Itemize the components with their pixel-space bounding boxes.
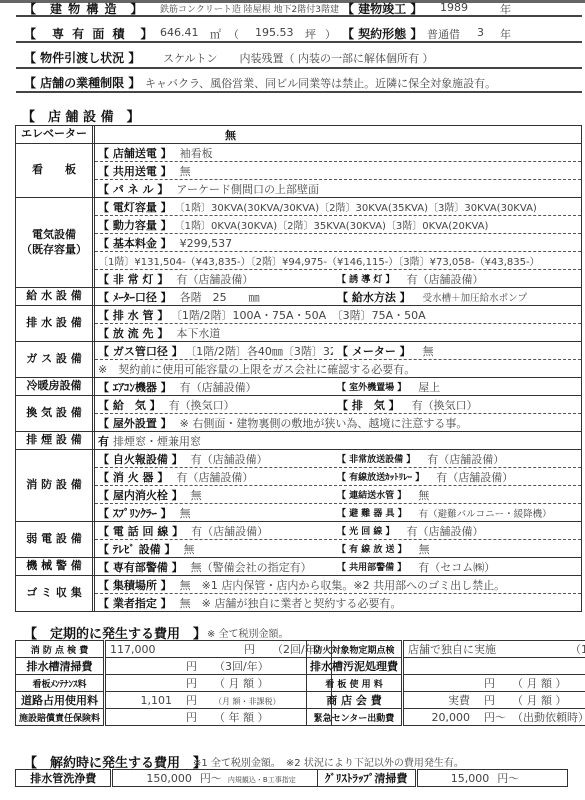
facility-key: 【 ﾃﾚﾋﾞ 設備 】 [98, 543, 176, 556]
facility-category: ゴ ミ 収 集 [16, 576, 95, 611]
facility-category: 換 気 設 備 [16, 396, 95, 431]
facility-value: 有（店舗設備） [427, 451, 504, 467]
facility-category: 排 煙 設 備 [16, 432, 95, 449]
facility-line: 【 業者指定 】無 ※ 店舗が独自に業者と契約する必要有。 [95, 594, 581, 611]
facility-line: 【 ﾒｰﾀｰ口径 】各階 25 ㎜【 給水方法 】受水槽＋加圧給水ポンプ [95, 288, 581, 305]
facility-key: 【 有線放送ｶｯﾄﾘﾚｰ 】 [337, 470, 424, 483]
cost-value-cell: 20,000円～（出動依頼時） [403, 709, 585, 726]
facility-value: 無 ※1 店内保管・店内から収集。※2 共用部へのゴミ出し禁止。 [180, 579, 505, 592]
facility-details: 【 給 気 】有（換気口）【 排 気 】有（換気口）【 屋外設置 】※ 右側面・… [95, 396, 581, 431]
cost-label: ｸﾞﾘｽﾄﾗｯﾌﾟ清掃費 [317, 770, 416, 787]
facility-line: 【 消 火 器 】有（店舗設備）【 有線放送ｶｯﾄﾘﾚｰ 】有（店舗設備） [95, 468, 581, 486]
facility-line: 【 ｴｱｺﾝ機器 】有（店舗設備）【 室外機置場 】屋上 [95, 378, 581, 395]
facility-details: 有排煙窓・煙兼用窓 [95, 432, 581, 449]
cost-amount: 店舗で独自に実施 [408, 641, 528, 657]
facility-value: 有（店舗設備） [191, 453, 268, 466]
facility-line: 【 給 気 】有（換気口）【 排 気 】有（換気口） [95, 396, 581, 414]
facility-value: 袖看板 [180, 147, 213, 160]
handover-label: 【 物件引渡し状況 】 [24, 49, 140, 66]
facility-line: 【 放 流 先 】本下水道 [95, 324, 581, 341]
facility-line: 【 排 水 管 】〔1階/2階〕100A・75A・50A 〔3階〕75A・50A [95, 306, 581, 324]
divider [16, 67, 582, 69]
cost-label: 道路占用使用料 [16, 692, 105, 709]
cost-label: 看板ﾒﾝﾃﾅﾝｽ料 [16, 675, 105, 692]
facility-row: 排 水 設 備【 排 水 管 】〔1階/2階〕100A・75A・50A 〔3階〕… [16, 306, 581, 342]
facility-value: 有（セコム㈱） [418, 559, 495, 575]
facility-line: 【 屋内消火栓 】無【 連結送水管 】無 [95, 486, 581, 504]
facility-key: 【 動力容量 】 [98, 219, 172, 232]
cost-unit: 円 [186, 709, 214, 725]
cost-period: （ 月 額 ） [512, 694, 567, 707]
area-label: 【 専 有 面 積 】 [24, 25, 155, 42]
restriction-label: 【 店舗の業種制限 】 [24, 74, 140, 91]
facility-line: 【 電灯容量 】〔1階〕30KVA(30KVA/30KVA)〔2階〕30KVA(… [95, 198, 581, 216]
facilities-title: 【 店 舗 設 備 】 [22, 106, 140, 125]
facility-key: 【 ﾒｰﾀｰ口径 】 [98, 291, 172, 304]
facility-key: 【 排 水 管 】 [98, 309, 168, 322]
facility-key: 【 ｴｱｺﾝ機器 】 [98, 381, 172, 394]
termination-costs-table: 排水管洗浄費150,000円～内規観込・B工事指定ｸﾞﾘｽﾄﾗｯﾌﾟ清掃費15,… [15, 769, 568, 787]
cost-row: 排水管洗浄費150,000円～内規観込・B工事指定ｸﾞﾘｽﾄﾗｯﾌﾟ清掃費15,… [16, 770, 568, 787]
facility-row: 冷暖房設備【 ｴｱｺﾝ機器 】有（店舗設備）【 室外機置場 】屋上 [16, 378, 581, 396]
facility-row: 機 械 警 備【 専有部警備 】無（警備会社の指定有）【 共用部警備 】有（セコ… [16, 558, 581, 576]
facility-category: 排 水 設 備 [16, 306, 95, 341]
facility-details: 【 ﾒｰﾀｰ口径 】各階 25 ㎜【 給水方法 】受水槽＋加圧給水ポンプ [95, 288, 581, 305]
facility-row: 給 水 設 備【 ﾒｰﾀｰ口径 】各階 25 ㎜【 給水方法 】受水槽＋加圧給水… [16, 288, 581, 306]
cost-unit: 円～ [200, 772, 222, 785]
facility-value: 〔1階〕0KVA(30KVA)〔2階〕35KVA(30KVA)〔3階〕0KVA(… [180, 221, 489, 232]
cost-period: （月 額・非課税） [214, 697, 281, 706]
facility-row: 弱 電 設 備【 電 話 回 線 】有（店舗設備）【 光 回 線 】有（店舗設備… [16, 522, 581, 558]
facility-details: 無 [95, 126, 581, 143]
facility-value: 有（換気口） [412, 397, 478, 413]
facility-key: 有 [98, 435, 109, 448]
facility-row: 換 気 設 備【 給 気 】有（換気口）【 排 気 】有（換気口）【 屋外設置 … [16, 396, 581, 432]
facility-value: 無 [180, 165, 191, 178]
facility-key: 【 非 常 灯 】 [98, 273, 168, 286]
facility-key: 【 共用送電 】 [98, 165, 172, 178]
area-sqm: 646.41 [160, 26, 199, 39]
facility-value: 排煙窓・煙兼用窓 [113, 435, 201, 448]
facility-key: 【 専有部警備 】 [98, 561, 183, 574]
cost-row: 防火対象物定期点検店舗で独自に実施（1回/年） [307, 641, 585, 658]
cost-label: 排水管洗浄費 [16, 770, 112, 787]
facility-category: 冷暖房設備 [16, 378, 95, 395]
facility-line: ※ 契約前に使用可能容量の上限をガス会社に確認する必要有。 [95, 360, 581, 377]
facility-value: 有（店舗設備） [407, 271, 484, 287]
facility-key: 【 連結送水管 】 [337, 488, 406, 501]
cost-amount: 実費 [408, 692, 470, 708]
facility-line: 【 ガス管口径 】〔1階/2階〕各40㎜〔3階〕32㎜【 メーター 】無 [95, 342, 581, 360]
facility-row: ゴ ミ 収 集【 集積場所 】無 ※1 店内保管・店内から収集。※2 共用部への… [16, 576, 581, 611]
facility-key: 【 光 回 線 】 [337, 524, 395, 537]
facility-line: 【 ﾃﾚﾋﾞ 設備 】無【 有 線 放 送 】無 [95, 540, 581, 557]
facility-row: エレベーター無 [16, 126, 581, 144]
cost-label: 防火対象物定期点検 [307, 641, 403, 658]
facility-key: 【 基本料金 】 [98, 237, 172, 250]
facility-value: 無 [419, 541, 430, 557]
cost-unit: 円 [186, 675, 214, 691]
facility-value: 屋上 [418, 379, 440, 395]
recurring-costs-left-table: 消 防 点 検 費117,000円（2回/年）排水槽清掃費円（3回/年）看板ﾒﾝ… [15, 640, 332, 726]
cost-unit: 円 [484, 692, 512, 708]
facility-line: 【 パ ネ ル 】アーケード側間口の上部壁面 [95, 180, 581, 197]
contract-type: 普通借 [427, 26, 460, 42]
facility-value: アーケード側間口の上部壁面 [176, 183, 319, 196]
cost-amount: 15,000 [451, 772, 490, 785]
facility-key: 【 ガス管口径 】 [98, 345, 183, 358]
facility-value: 受水槽＋加圧給水ポンプ [423, 290, 528, 304]
area-open: （ [228, 26, 239, 42]
facility-row: 電気設備 （既存容量）【 電灯容量 】〔1階〕30KVA(30KVA/30KVA… [16, 198, 581, 288]
cost-value-cell [403, 658, 585, 675]
divider [16, 41, 582, 43]
facility-value: 無 [184, 543, 195, 556]
cost-remark: 内規観込・B工事指定 [228, 776, 296, 784]
area-tsubo-unit: 坪 [305, 26, 316, 42]
cost-row: 消 防 点 検 費117,000円（2回/年） [16, 641, 332, 658]
recurring-costs-right-table: 防火対象物定期点検店舗で独自に実施（1回/年）排水槽汚泥処理費看 板 使 用 料… [306, 640, 585, 726]
facility-value: 無 [180, 507, 191, 520]
facility-line: 無 [95, 126, 581, 143]
facility-key: 【 店舗送電 】 [98, 147, 172, 160]
facility-line: 【 専有部警備 】無（警備会社の指定有）【 共用部警備 】有（セコム㈱） [95, 558, 581, 575]
facility-category: ガ ス 設 備 [16, 342, 95, 377]
facility-row: 排 煙 設 備有排煙窓・煙兼用窓 [16, 432, 581, 450]
facility-value: 各階 25 ㎜ [180, 291, 260, 304]
area-sqm-unit: ㎡ [210, 26, 221, 42]
handover-value: スケルトン 内装残置（ 内装の一部に解体個所有 ） [163, 50, 433, 66]
facility-details: 【 ｴｱｺﾝ機器 】有（店舗設備）【 室外機置場 】屋上 [95, 378, 581, 395]
facility-category: 弱 電 設 備 [16, 522, 95, 557]
cost-unit: 円～ [484, 709, 512, 725]
facility-value: ※ 契約前に使用可能容量の上限をガス会社に確認する必要有。 [98, 363, 415, 376]
facility-line: 【 屋外設置 】※ 右側面・建物裏側の敷地が狭い為、越境に注意する事。 [95, 414, 581, 431]
facility-key: 【 共用部警備 】 [337, 560, 406, 573]
facility-value: 無 [225, 127, 236, 143]
area-close: ） [325, 26, 336, 42]
facility-category: 電気設備 （既存容量） [16, 198, 95, 287]
facility-key: 【 屋外設置 】 [98, 417, 172, 430]
cost-row: 施設賠償責任保険料円（ 年 額 ） [16, 709, 332, 726]
facilities-table: エレベーター無看 板【 店舗送電 】袖看板【 共用送電 】無【 パ ネ ル 】ア… [15, 125, 582, 612]
facility-details: 【 集積場所 】無 ※1 店内保管・店内から収集。※2 共用部へのゴミ出し禁止。… [95, 576, 581, 611]
cost-value-cell: 117,000円（2回/年） [105, 641, 332, 658]
cost-label: 緊急センター出動費 [307, 709, 403, 726]
facility-details: 【 ガス管口径 】〔1階/2階〕各40㎜〔3階〕32㎜【 メーター 】無※ 契約… [95, 342, 581, 377]
cost-row: 道路占用使用料1,101円（月 額・非課税） [16, 692, 332, 709]
facility-row: 消 防 設 備【 自火報設備 】有（店舗設備）【 非常放送設備 】有（店舗設備）… [16, 450, 581, 522]
facility-key: 【 非常放送設備 】 [337, 452, 415, 465]
facility-value: 本下水道 [176, 327, 220, 340]
facility-line: 【 自火報設備 】有（店舗設備）【 非常放送設備 】有（店舗設備） [95, 450, 581, 468]
cost-label: 施設賠償責任保険料 [16, 709, 105, 726]
cost-value-cell: 15,000円～ [416, 770, 567, 787]
facility-key: 【 自火報設備 】 [98, 453, 183, 466]
cost-label: 排水槽汚泥処理費 [307, 658, 403, 675]
facility-category: 消 防 設 備 [16, 450, 95, 521]
cost-row: 排水槽汚泥処理費 [307, 658, 585, 675]
cost-period: （3回/年） [214, 660, 269, 673]
facility-key: 【 有 線 放 送 】 [337, 542, 407, 555]
facility-key: 【 メーター 】 [337, 343, 411, 359]
facility-value: 〔1階〕30KVA(30KVA/30KVA)〔2階〕30KVA(35KVA)〔3… [180, 203, 537, 214]
facility-key: 【 電灯容量 】 [98, 201, 172, 214]
termination-costs-note: ※1 全て税別金額。 ※2 状況により下記以外の費用発生有。 [193, 754, 464, 769]
cost-label: 消 防 点 検 費 [16, 641, 105, 658]
cost-amount: 117,000 [110, 643, 230, 656]
facility-category: エレベーター [16, 126, 95, 143]
cost-unit: 円 [484, 675, 512, 691]
facility-key: 【 ｽﾌﾟﾘﾝｸﾗｰ 】 [98, 507, 172, 520]
facility-line: 有排煙窓・煙兼用窓 [95, 432, 581, 449]
cost-value-cell: 150,000円～内規観込・B工事指定 [112, 770, 317, 787]
facility-value: 有（店舗設備） [176, 273, 253, 286]
facility-line: 【 動力容量 】〔1階〕0KVA(30KVA)〔2階〕35KVA(30KVA)〔… [95, 216, 581, 234]
facility-key: 【 給 気 】 [98, 399, 161, 412]
contract-years: 3 [477, 26, 484, 39]
cost-value-cell: 円（ 月 額 ） [403, 675, 585, 692]
cost-row: 排水槽清掃費円（3回/年） [16, 658, 332, 675]
cost-period: （ 年 額 ） [214, 711, 269, 724]
cost-amount: 150,000 [146, 772, 192, 785]
facility-key: 【 避 難 器 具 】 [337, 506, 407, 519]
cost-value-cell: 円（ 年 額 ） [105, 709, 332, 726]
facility-value: 無 [423, 343, 434, 359]
cost-unit: 円 [186, 658, 214, 674]
cost-label: 看 板 使 用 料 [307, 675, 403, 692]
facility-key: 【 電 話 回 線 】 [98, 525, 183, 538]
facility-key: 【 集積場所 】 [98, 579, 172, 592]
facility-category: 給 水 設 備 [16, 288, 95, 305]
facility-key: 【 誘 導 灯 】 [337, 272, 395, 285]
completion-year: 1989 [440, 1, 468, 14]
facility-value: 無（警備会社の指定有） [191, 561, 312, 574]
cost-row: 看板ﾒﾝﾃﾅﾝｽ料円（ 月 額 ） [16, 675, 332, 692]
facility-line: 〔1階〕¥131,504-（¥43,835-）〔2階〕¥94,975-（¥146… [95, 252, 581, 270]
facility-key: 【 給水方法 】 [337, 289, 411, 305]
facility-line: 【 共用送電 】無 [95, 162, 581, 180]
facility-value: 無 [418, 487, 429, 503]
facility-details: 【 電灯容量 】〔1階〕30KVA(30KVA/30KVA)〔2階〕30KVA(… [95, 198, 581, 287]
facility-value: 有（店舗設備） [407, 523, 484, 539]
facility-details: 【 専有部警備 】無（警備会社の指定有）【 共用部警備 】有（セコム㈱） [95, 558, 581, 575]
facility-value: 〔1階〕¥131,504-（¥43,835-）〔2階〕¥94,975-（¥146… [98, 257, 540, 268]
facility-row: 看 板【 店舗送電 】袖看板【 共用送電 】無【 パ ネ ル 】アーケード側間口… [16, 144, 581, 198]
cost-value-cell: 1,101円（月 額・非課税） [105, 692, 332, 709]
cost-row: 緊急センター出動費20,000円～（出動依頼時） [307, 709, 585, 726]
facility-details: 【 自火報設備 】有（店舗設備）【 非常放送設備 】有（店舗設備）【 消 火 器… [95, 450, 581, 521]
cost-period: （ 月 額 ） [512, 677, 567, 690]
cost-period: （1回/年） [570, 643, 585, 656]
cost-unit: 円 [186, 692, 214, 708]
facility-line: 【 店舗送電 】袖看板 [95, 144, 581, 162]
area-tsubo: 195.53 [255, 26, 294, 39]
facility-details: 【 排 水 管 】〔1階/2階〕100A・75A・50A 〔3階〕75A・50A… [95, 306, 581, 341]
facility-value: 有（店舗設備） [436, 469, 513, 485]
cost-amount: 20,000 [408, 711, 470, 724]
cost-amount: 1,101 [110, 694, 172, 707]
cost-unit: 円 [244, 641, 272, 657]
facility-line: 【 非 常 灯 】有（店舗設備）【 誘 導 灯 】有（店舗設備） [95, 270, 581, 287]
facility-line: 【 基本料金 】¥299,537 [95, 234, 581, 252]
facility-key: 【 室外機置場 】 [337, 380, 406, 393]
facility-key: 【 業者指定 】 [98, 597, 172, 610]
cost-row: 商 店 会 費実費円（ 月 額 ） [307, 692, 585, 709]
cost-period: （出動依頼時） [512, 711, 585, 724]
facility-value: ¥299,537 [180, 237, 233, 250]
cost-row: 看 板 使 用 料円（ 月 額 ） [307, 675, 585, 692]
facility-value: ※ 右側面・建物裏側の敷地が狭い為、越境に注意する事。 [180, 417, 468, 430]
facility-key: 【 パ ネ ル 】 [98, 183, 168, 196]
facility-details: 【 電 話 回 線 】有（店舗設備）【 光 回 線 】有（店舗設備）【 ﾃﾚﾋﾞ… [95, 522, 581, 557]
facility-details: 【 店舗送電 】袖看板【 共用送電 】無【 パ ネ ル 】アーケード側間口の上部… [95, 144, 581, 197]
facility-value: 〔1階/2階〕100A・75A・50A 〔3階〕75A・50A [176, 309, 425, 322]
facility-row: ガ ス 設 備【 ガス管口径 】〔1階/2階〕各40㎜〔3階〕32㎜【 メーター… [16, 342, 581, 378]
cost-period: （ 月 額 ） [214, 677, 269, 690]
restriction-value: キャバクラ、風俗営業、同ビル同業等は禁止。近隣に保全対象施設有。 [145, 75, 496, 91]
facility-key: 【 放 流 先 】 [98, 327, 168, 340]
facility-value: 有（換気口） [169, 399, 235, 412]
facility-value: 無 ※ 店舗が独自に業者と契約する必要有。 [180, 597, 402, 610]
facility-line: 【 集積場所 】無 ※1 店内保管・店内から収集。※2 共用部へのゴミ出し禁止。 [95, 576, 581, 594]
cost-unit: 円～ [497, 772, 519, 785]
facility-line: 【 電 話 回 線 】有（店舗設備）【 光 回 線 】有（店舗設備） [95, 522, 581, 540]
facility-value: 無 [191, 489, 202, 502]
cost-value-cell: 実費円（ 月 額 ） [403, 692, 585, 709]
cost-value-cell: 円（3回/年） [105, 658, 332, 675]
facility-value: 有（店舗設備） [191, 525, 268, 538]
cost-value-cell: 店舗で独自に実施（1回/年） [403, 641, 585, 658]
contract-unit: 年 [500, 26, 511, 42]
facility-key: 【 消 火 器 】 [98, 471, 168, 484]
cost-label: 商 店 会 費 [307, 692, 403, 709]
facility-line: 【 ｽﾌﾟﾘﾝｸﾗｰ 】無【 避 難 器 具 】有（避難バルコニー・緩降機） [95, 504, 581, 521]
facility-value: 〔1階/2階〕各40㎜〔3階〕32㎜ [191, 345, 333, 358]
facility-category: 看 板 [16, 144, 95, 197]
cost-label: 排水槽清掃費 [16, 658, 105, 675]
recurring-costs-note: ※ 全て税別金額。 [207, 625, 289, 640]
facility-key: 【 屋内消火栓 】 [98, 489, 183, 502]
structure-value: 鉄筋コンクリート造 陸屋根 地下2階付3階建 [160, 2, 339, 15]
divider [16, 15, 582, 17]
facility-key: 【 排 気 】 [337, 397, 400, 413]
facility-value: 有（店舗設備） [176, 471, 253, 484]
facility-value: 有（避難バルコニー・緩降機） [419, 506, 552, 520]
cost-value-cell: 円（ 月 額 ） [105, 675, 332, 692]
facility-category: 機 械 警 備 [16, 558, 95, 575]
contract-label: 【 契約形態 】 [342, 25, 422, 42]
divider [16, 91, 582, 93]
facility-value: 有（店舗設備） [180, 381, 257, 394]
